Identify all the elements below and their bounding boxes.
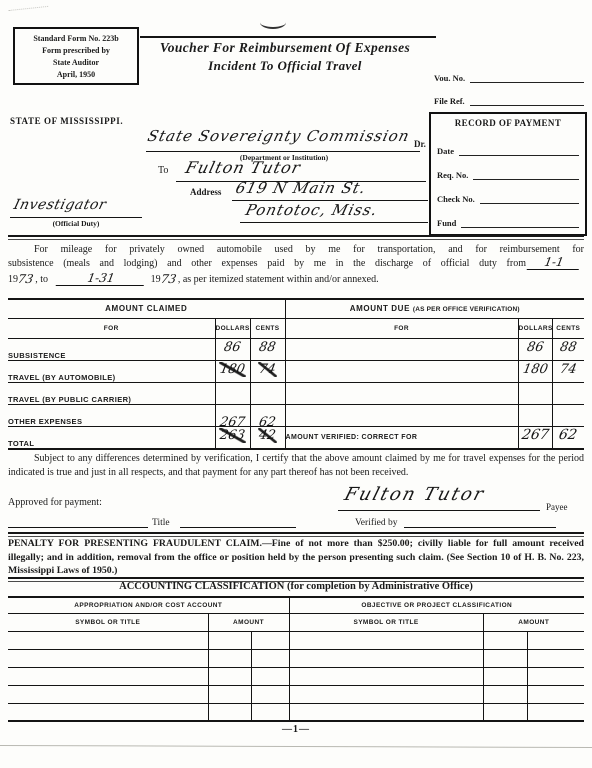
address-label: Address	[190, 187, 221, 197]
empty-cell	[289, 685, 483, 703]
check-no-label: Check No.	[437, 194, 475, 204]
address-line2-underline	[240, 222, 428, 223]
dollars-header-claimed: DOLLARS	[215, 318, 250, 338]
record-of-payment-title: RECORD OF PAYMENT	[437, 118, 579, 128]
payee-signature-handwritten: Fulton Tutor	[342, 484, 488, 505]
statement-line3: 1973, to 1-311973, as per itemized state…	[8, 271, 584, 287]
due-cents	[552, 382, 584, 404]
to-word: , to	[35, 274, 48, 285]
empty-cell	[483, 631, 527, 649]
accounting-empty-row	[8, 703, 584, 721]
due-description	[285, 338, 518, 360]
payee-signature-underline	[338, 510, 540, 511]
record-field-check-no: Check No.	[437, 180, 579, 204]
due-dollars	[518, 404, 552, 426]
from-date-handwritten: 1-1	[527, 255, 582, 270]
empty-cell	[289, 631, 483, 649]
claim-table-subheader-row: FOR DOLLARS CENTS FOR DOLLARS CENTS	[8, 318, 584, 338]
title-top-rule	[140, 36, 436, 38]
empty-cell	[8, 685, 208, 703]
form-number-box: Standard Form No. 223b Form prescribed b…	[13, 27, 139, 85]
from-year-handwritten: 73	[17, 272, 35, 286]
empty-cell	[208, 685, 251, 703]
accounting-classification-title: ACCOUNTING CLASSIFICATION (for completio…	[8, 581, 584, 592]
statement-line2: subsistence (meals and lodging) and othe…	[8, 257, 584, 271]
to-date-handwritten: 1-31	[55, 271, 146, 286]
empty-cell	[8, 667, 208, 685]
req-no-blank	[473, 168, 579, 180]
empty-cell	[251, 667, 289, 685]
form-number: Standard Form No. 223b	[15, 33, 137, 45]
claimed-cents	[250, 382, 285, 404]
empty-cell	[527, 703, 584, 721]
empty-cell	[208, 703, 251, 721]
objective-header: OBJECTIVE OR PROJECT CLASSIFICATION	[289, 598, 584, 613]
form-prescribed-by: Form prescribed by	[15, 45, 137, 57]
empty-cell	[483, 703, 527, 721]
amount-claimed-header: AMOUNT CLAIMED	[8, 299, 285, 318]
fund-blank	[461, 216, 579, 228]
empty-cell	[8, 649, 208, 667]
empty-cell	[289, 649, 483, 667]
empty-cell	[483, 667, 527, 685]
empty-cell	[527, 649, 584, 667]
approver-signature-blank	[8, 527, 148, 528]
due-dollars: 86	[518, 338, 552, 360]
file-ref-label: File Ref.	[434, 96, 465, 106]
claimed-cents: 74	[250, 360, 285, 382]
address-line1-handwritten: 619 N Main St.	[234, 179, 368, 197]
payee-label: Payee	[546, 502, 568, 512]
voucher-number-label: Vou. No.	[434, 73, 465, 83]
row-travel-automobile: TRAVEL (BY AUTOMOBILE) 180 74 180 74	[8, 360, 584, 382]
certification-text: Subject to any differences determined by…	[8, 452, 584, 480]
empty-cell	[289, 703, 483, 721]
row-label: TRAVEL (BY AUTOMOBILE)	[8, 360, 215, 382]
appropriation-header: APPROPRIATION AND/OR COST ACCOUNT	[8, 598, 289, 613]
accounting-empty-row	[8, 685, 584, 703]
claimed-dollars: 180	[215, 360, 250, 382]
record-field-req-no: Req. No.	[437, 156, 579, 180]
empty-cell	[251, 703, 289, 721]
dr-label: Dr.	[414, 139, 426, 149]
claimed-dollars: 267	[215, 404, 250, 426]
empty-cell	[251, 685, 289, 703]
to-year-handwritten: 73	[159, 272, 177, 286]
due-dollars	[518, 382, 552, 404]
form-authority: State Auditor	[15, 57, 137, 69]
claimed-cents: 62	[250, 404, 285, 426]
due-cents: 62	[552, 426, 584, 449]
to-label: To	[158, 165, 168, 176]
empty-cell	[251, 631, 289, 649]
row-travel-public-carrier: TRAVEL (BY PUBLIC CARRIER)	[8, 382, 584, 404]
expense-claim-table: AMOUNT CLAIMED AMOUNT DUE (AS PER OFFICE…	[8, 298, 584, 450]
due-dollars: 267	[518, 426, 552, 449]
claimed-dollars	[215, 382, 250, 404]
payee-name-handwritten: Fulton Tutor	[184, 158, 303, 177]
symbol-or-title-header-left: SYMBOL OR TITLE	[8, 613, 208, 631]
accounting-empty-row	[8, 649, 584, 667]
verified-by-blank	[404, 527, 556, 528]
empty-cell	[208, 631, 251, 649]
symbol-or-title-header-right: SYMBOL OR TITLE	[289, 613, 483, 631]
row-label: TOTAL	[8, 426, 215, 449]
empty-cell	[527, 685, 584, 703]
row-label: SUBSISTENCE	[8, 338, 215, 360]
due-cents	[552, 404, 584, 426]
form-title-line1: Voucher For Reimbursement Of Expenses	[130, 40, 440, 56]
due-description	[285, 382, 518, 404]
row-subsistence: SUBSISTENCE 86 88 86 88	[8, 338, 584, 360]
empty-cell	[8, 703, 208, 721]
date-blank	[459, 144, 579, 156]
accounting-header-row: APPROPRIATION AND/OR COST ACCOUNT OBJECT…	[8, 598, 584, 613]
verified-by-label: Verified by	[355, 518, 397, 528]
claim-table-header-row: AMOUNT CLAIMED AMOUNT DUE (AS PER OFFICE…	[8, 299, 584, 318]
empty-cell	[527, 667, 584, 685]
empty-cell	[527, 631, 584, 649]
title-blank	[180, 527, 296, 528]
state-label: STATE OF MISSISSIPPI.	[10, 116, 123, 126]
record-of-payment-box: RECORD OF PAYMENT Date Req. No. Check No…	[429, 112, 587, 236]
address-line2-handwritten: Pontotoc, Miss.	[244, 201, 380, 219]
date-label: Date	[437, 146, 454, 156]
cents-header-due: CENTS	[552, 318, 584, 338]
empty-cell	[289, 667, 483, 685]
accounting-subheader-row: SYMBOL OR TITLE AMOUNT SYMBOL OR TITLE A…	[8, 613, 584, 631]
statement-line3-end: , as per itemized statement within and/o…	[178, 274, 379, 285]
official-duty-caption: (Official Duty)	[10, 219, 142, 228]
section-divider	[8, 235, 584, 240]
for-header-claimed: FOR	[8, 318, 215, 338]
row-label: OTHER EXPENSES	[8, 404, 215, 426]
accounting-empty-row	[8, 667, 584, 685]
penalty-text: PENALTY FOR PRESENTING FRAUDULENT CLAIM.…	[8, 537, 584, 578]
empty-cell	[251, 649, 289, 667]
amount-due-header: AMOUNT DUE (AS PER OFFICE VERIFICATION)	[285, 299, 584, 318]
due-description	[285, 360, 518, 382]
scan-smudge	[8, 1, 48, 11]
empty-cell	[208, 649, 251, 667]
form-date: April, 1950	[15, 69, 137, 81]
due-description	[285, 404, 518, 426]
title-label: Title	[152, 518, 170, 528]
due-dollars: 180	[518, 360, 552, 382]
record-field-fund: Fund	[437, 204, 579, 228]
department-handwritten: State Sovereignty Commission	[146, 127, 412, 145]
due-cents: 88	[552, 338, 584, 360]
empty-cell	[483, 649, 527, 667]
fund-label: Fund	[437, 218, 456, 228]
statement-line1: For mileage for privately owned automobi…	[8, 243, 584, 257]
approved-for-payment-label: Approved for payment:	[8, 497, 102, 508]
due-cents: 74	[552, 360, 584, 382]
statement-line2-text: subsistence (meals and lodging) and othe…	[8, 257, 526, 271]
file-ref-blank	[470, 94, 584, 106]
pen-mark	[260, 16, 286, 29]
amount-header-right: AMOUNT	[483, 613, 584, 631]
file-ref-field: File Ref.	[434, 94, 584, 106]
claimed-dollars: 86	[215, 338, 250, 360]
claimed-dollars: 263	[215, 426, 250, 449]
req-no-label: Req. No.	[437, 170, 468, 180]
cents-header-claimed: CENTS	[250, 318, 285, 338]
empty-cell	[8, 631, 208, 649]
amount-due-header-sub: (AS PER OFFICE VERIFICATION)	[413, 306, 520, 313]
for-header-due: FOR	[285, 318, 518, 338]
mileage-statement: For mileage for privately owned automobi…	[8, 243, 584, 287]
row-label: TRAVEL (BY PUBLIC CARRIER)	[8, 382, 215, 404]
department-underline	[146, 151, 420, 152]
row-other-expenses: OTHER EXPENSES 267 62	[8, 404, 584, 426]
scanned-voucher-page: Standard Form No. 223b Form prescribed b…	[0, 0, 592, 768]
voucher-number-field: Vou. No.	[434, 71, 584, 83]
official-duty-handwritten: Investigator	[12, 197, 108, 213]
amount-header-left: AMOUNT	[208, 613, 289, 631]
form-title-line2: Incident To Official Travel	[130, 58, 440, 74]
check-no-blank	[480, 192, 579, 204]
empty-cell	[483, 685, 527, 703]
empty-cell	[208, 667, 251, 685]
accounting-empty-row	[8, 631, 584, 649]
voucher-number-blank	[470, 71, 584, 83]
record-field-date: Date	[437, 132, 579, 156]
accounting-classification-table: APPROPRIATION AND/OR COST ACCOUNT OBJECT…	[8, 598, 584, 722]
official-duty-underline	[10, 217, 142, 218]
dollars-header-due: DOLLARS	[518, 318, 552, 338]
row-total: TOTAL 263 42 AMOUNT VERIFIED: CORRECT FO…	[8, 426, 584, 449]
page-number: —1—	[0, 724, 592, 735]
scan-edge-line	[0, 745, 592, 748]
amount-verified-label: AMOUNT VERIFIED: CORRECT FOR	[285, 426, 518, 449]
claimed-cents: 88	[250, 338, 285, 360]
